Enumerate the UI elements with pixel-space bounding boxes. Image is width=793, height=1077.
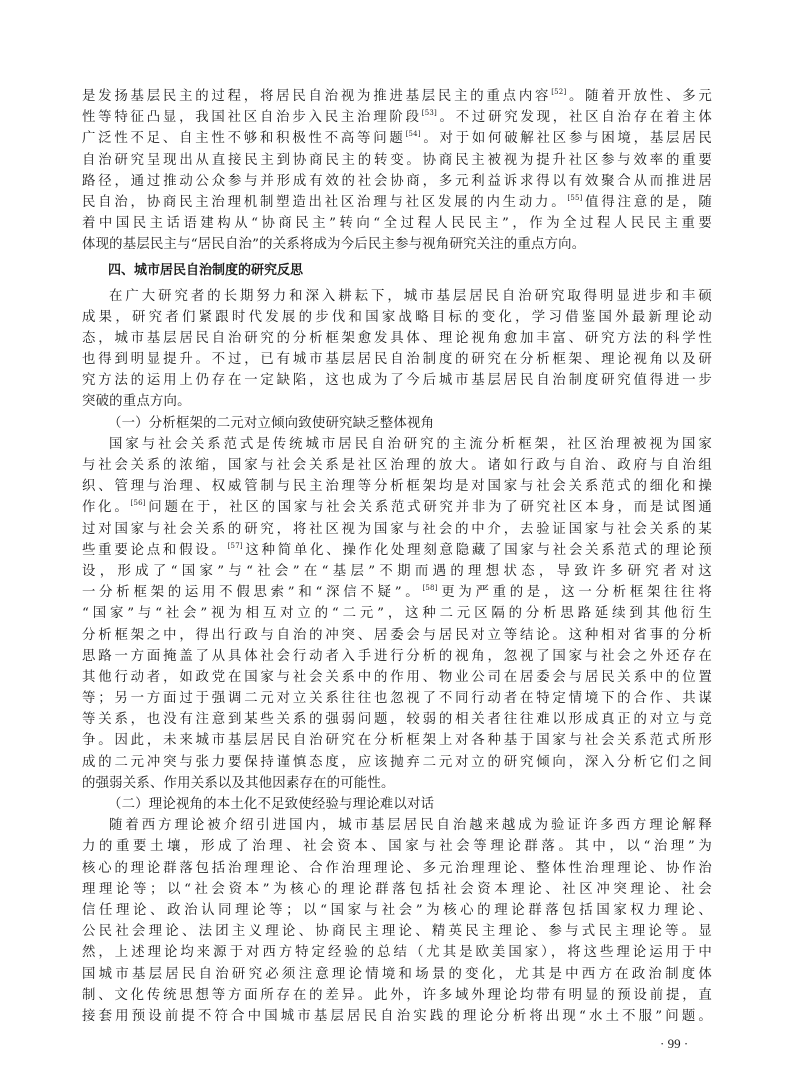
- line-text: 一分析框架的运用不假思索”和“深信不疑”。: [82, 585, 422, 600]
- text-line: 核心的理论群落包括治理理论、合作治理理论、多元治理理论、整体性治理理论、协作治: [82, 858, 712, 879]
- paragraph-research-reflection: 在广大研究者的长期努力和深入耕耘下，城市基层居民自治研究取得明显进步和丰硕 成果…: [82, 286, 712, 413]
- text-line: 是发扬基层民主的过程，将居民自治视为推进基层民主的重点内容[52]。随着开放性、…: [82, 86, 712, 107]
- text-line: 公民社会理论、法团主义理论、协商民主理论、精英民主理论、参与式民主理论等。显: [82, 921, 712, 942]
- text-line: 国城市基层居民自治研究必须注意理论情境和场景的变化，尤其是中西方在政治制度体: [82, 964, 712, 985]
- text-line: 性等特征凸显，我国社区自治步入民主治理阶段[53]。不过研究发现，社区自治存在着…: [82, 107, 712, 128]
- citation-52[interactable]: [52]: [551, 88, 566, 96]
- text-line: 制、文化传统思想等方面所存在的差异。此外，许多域外理论均带有明显的预设前提，直: [82, 985, 712, 1006]
- subsection-heading-2: （二）理论视角的本土化不足致使经验与理论难以对话: [82, 794, 712, 815]
- line-text: 广泛性不足、自主性不够和积极性不高等问题: [82, 131, 406, 146]
- text-line: 自治研究呈现出从直接民主到协商民主的转变。协商民主被视为提升社区参与效率的重要: [82, 150, 712, 171]
- line-text: 更为严重的是，这一分析框架往往将: [438, 585, 712, 600]
- citation-53[interactable]: [53]: [422, 109, 437, 117]
- line-text: 这种简单化、操作化处理刻意隐藏了国家与社会关系范式的理论预: [243, 543, 712, 558]
- text-line: 其他行动者，如政党在国家与社会关系中的作用、物业公司在居委会与居民关系中的位置: [82, 667, 712, 688]
- line-text: 。随着开放性、多元: [566, 89, 712, 104]
- line-text: 性等特征凸显，我国社区自治步入民主治理阶段: [82, 110, 422, 125]
- line-text: 民自治，协商民主治理机制塑造出社区治理与社区发展的内生动力。: [82, 195, 567, 210]
- page-number: · 99 ·: [660, 1036, 688, 1052]
- line-text: 问题在于，社区的国家与社会关系范式研究并非为了研究社区本身，而是试图通: [146, 500, 712, 515]
- paragraph-theoretical-perspective: 随着西方理论被介绍引进国内，城市基层居民自治越来越成为验证许多西方理论解释 力的…: [82, 815, 712, 1027]
- line-text: 些重要论点和假设。: [82, 543, 228, 558]
- citation-55[interactable]: [55]: [567, 194, 582, 202]
- page-body: 是发扬基层民主的过程，将居民自治视为推进基层民主的重点内容[52]。随着开放性、…: [82, 86, 712, 1027]
- text-line: 与社会关系的浓缩，国家与社会关系是社区治理的放大。诸如行政与自治、政府与自治组: [82, 455, 712, 476]
- text-line: 接套用预设前提不符合中国城市基层居民自治实践的理论分析将出现“水土不服”问题。: [82, 1006, 712, 1027]
- text-line: 究方法的运用上仍存在一定缺陷，这也成为了今后城市基层居民自治制度研究值得进一步: [82, 370, 712, 391]
- paragraph-democracy-participation: 是发扬基层民主的过程，将居民自治视为推进基层民主的重点内容[52]。随着开放性、…: [82, 86, 712, 256]
- text-line: 民自治，协商民主治理机制塑造出社区治理与社区发展的内生动力。[55]值得注意的是…: [82, 192, 712, 213]
- text-line: 在广大研究者的长期努力和深入耕耘下，城市基层居民自治研究取得明显进步和丰硕: [82, 286, 712, 307]
- paragraph-analytical-framework: 国家与社会关系范式是传统城市居民自治研究的主流分析框架，社区治理被视为国家 与社…: [82, 434, 712, 794]
- text-line: 的强弱关系、作用关系以及其他因素存在的可能性。: [82, 773, 712, 794]
- text-line: 织、管理与治理、权威管制与民主治理等分析框架均是对国家与社会关系范式的细化和操: [82, 476, 712, 497]
- text-line: 分析框架之中，得出行政与自治的冲突、居委会与居民对立等结论。这种相对省事的分析: [82, 625, 712, 646]
- line-text: 作化。: [82, 500, 131, 515]
- text-line: 些重要论点和假设。[57]这种简单化、操作化处理刻意隐藏了国家与社会关系范式的理…: [82, 540, 712, 561]
- citation-57[interactable]: [57]: [228, 542, 243, 550]
- text-line: 着中国民主话语建构从“协商民主”转向“全过程人民民主”，作为全过程人民民主重要: [82, 213, 712, 234]
- text-line: 随着西方理论被介绍引进国内，城市基层居民自治越来越成为验证许多西方理论解释: [82, 815, 712, 836]
- text-line: 成的二元冲突与张力要保持谨慎态度，应该抛弃二元对立的研究倾向，深入分析它们之间: [82, 752, 712, 773]
- section-heading: 四、城市居民自治制度的研究反思: [82, 260, 712, 281]
- text-line: 等关系，也没有注意到某些关系的强弱问题，较弱的相关者往往难以形成真正的对立与竞: [82, 709, 712, 730]
- text-line: 理理论等；以“社会资本”为核心的理论群落包括社会资本理论、社区冲突理论、社会: [82, 879, 712, 900]
- line-text: 是发扬基层民主的过程，将居民自治视为推进基层民主的重点内容: [82, 89, 551, 104]
- citation-56[interactable]: [56]: [131, 499, 146, 507]
- line-text: 。对于如何破解社区参与困境，基层居民: [421, 131, 712, 146]
- text-line: 突破的重点方向。: [82, 391, 712, 412]
- text-line: 国家与社会关系范式是传统城市居民自治研究的主流分析框架，社区治理被视为国家: [82, 434, 712, 455]
- text-line: 一分析框架的运用不假思索”和“深信不疑”。[58]更为严重的是，这一分析框架往往…: [82, 582, 712, 603]
- line-text: 。不过研究发现，社区自治存在着主体: [437, 110, 712, 125]
- text-line: 态，城市基层居民自治研究的分析框架愈发具体、理论视角愈加丰富、研究方法的科学性: [82, 328, 712, 349]
- text-line: 成果，研究者们紧跟时代发展的步伐和国家战略目标的变化，学习借鉴国外最新理论动: [82, 307, 712, 328]
- citation-54[interactable]: [54]: [406, 130, 421, 138]
- line-text: 值得注意的是，随: [583, 195, 712, 210]
- text-line: 体现的基层民主与“居民自治”的关系将成为今后民主参与视角研究关注的重点方向。: [82, 234, 712, 255]
- text-line: 设，形成了“国家”与“社会”在“基层”不期而遇的理想状态，导致许多研究者对这: [82, 561, 712, 582]
- text-line: 然，上述理论均来源于对西方特定经验的总结（尤其是欧美国家），将这些理论运用于中: [82, 942, 712, 963]
- text-line: 作化。[56]问题在于，社区的国家与社会关系范式研究并非为了研究社区本身，而是试…: [82, 497, 712, 518]
- text-line: 广泛性不足、自主性不够和积极性不高等问题[54]。对于如何破解社区参与困境，基层…: [82, 128, 712, 149]
- text-line: 等；另一方面过于强调二元对立关系往往也忽视了不同行动者在特定情境下的合作、共谋: [82, 688, 712, 709]
- citation-58[interactable]: [58]: [422, 584, 437, 592]
- text-line: 路径，通过推动公众参与并形成有效的社会协商，多元利益诉求得以有效聚合从而推进居: [82, 171, 712, 192]
- subsection-heading-1: （一）分析框架的二元对立倾向致使研究缺乏整体视角: [82, 413, 712, 434]
- text-line: 也得到明显提升。不过，已有城市基层居民自治制度的研究在分析框架、理论视角以及研: [82, 349, 712, 370]
- text-line: 争。因此，未来城市基层居民自治研究在分析框架上对各种基于国家与社会关系范式所形: [82, 730, 712, 751]
- text-line: 力的重要土壤，形成了治理、社会资本、国家与社会等理论群落。其中，以“治理”为: [82, 836, 712, 857]
- text-line: 过对国家与社会关系的研究，将社区视为国家与社会的中介，去验证国家与社会关系的某: [82, 519, 712, 540]
- text-line: “国家”与“社会”视为相互对立的“二元”，这种二元区隔的分析思路延续到其他衍生: [82, 603, 712, 624]
- text-line: 思路一方面掩盖了从具体社会行动者入手进行分析的视角，忽视了国家与社会之外还存在: [82, 646, 712, 667]
- text-line: 信任理论、政治认同理论等；以“国家与社会”为核心的理论群落包括国家权力理论、: [82, 900, 712, 921]
